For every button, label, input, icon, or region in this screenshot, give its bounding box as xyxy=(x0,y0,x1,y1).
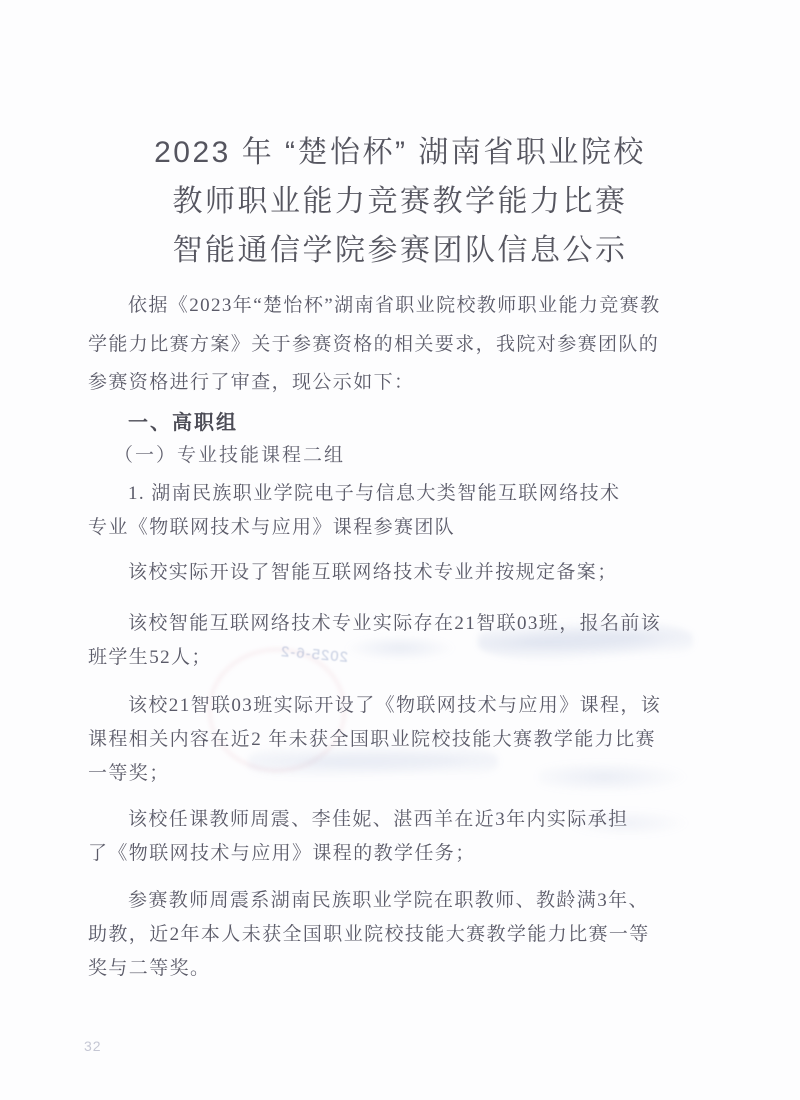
finding-line: 助教，近2年本人未获全国职业院校技能大赛教学能力比赛一等 xyxy=(88,918,694,952)
finding-line: 奖与二等奖。 xyxy=(88,952,694,986)
finding-line: 该校智能互联网络技术专业实际存在21智联03班，报名前该 xyxy=(88,607,694,641)
team-line: 专业《物联网技术与应用》课程参赛团队 xyxy=(88,511,694,545)
team-line: 1. 湖南民族职业学院电子与信息大类智能互联网络技术 xyxy=(88,477,694,511)
finding-paragraph-1: 该校实际开设了智能互联网络技术专业并按规定备案； xyxy=(88,556,694,590)
finding-line: 一等奖； xyxy=(88,757,694,791)
finding-line: 该校任课教师周震、李佳妮、湛西羊在近3年内实际承担 xyxy=(88,803,694,837)
finding-paragraph-4: 该校任课教师周震、李佳妮、湛西羊在近3年内实际承担 了《物联网技术与应用》课程的… xyxy=(88,803,694,871)
finding-line: 课程相关内容在近2 年未获全国职业院校技能大赛教学能力比赛 xyxy=(88,723,694,757)
title-line-1: 2023 年 “楚怡杯” 湖南省职业院校 xyxy=(0,128,800,177)
intro-line: 参赛资格进行了审查，现公示如下： xyxy=(88,364,694,403)
section-heading: 一、高职组 xyxy=(88,406,694,440)
finding-line: 该校实际开设了智能互联网络技术专业并按规定备案； xyxy=(88,556,694,590)
title-line-2: 教师职业能力竞赛教学能力比赛 xyxy=(0,177,800,226)
scanned-document-page: 2025-6-2 2023 年 “楚怡杯” 湖南省职业院校 教师职业能力竞赛教学… xyxy=(0,0,800,1100)
finding-line: 班学生52人； xyxy=(88,641,694,675)
document-title: 2023 年 “楚怡杯” 湖南省职业院校 教师职业能力竞赛教学能力比赛 智能通信… xyxy=(0,128,800,275)
finding-paragraph-3: 该校21智联03班实际开设了《物联网技术与应用》课程，该 课程相关内容在近2 年… xyxy=(88,689,694,791)
finding-line: 了《物联网技术与应用》课程的教学任务； xyxy=(88,837,694,871)
finding-line: 参赛教师周震系湖南民族职业学院在职教师、教龄满3年、 xyxy=(88,884,694,918)
team-paragraph: 1. 湖南民族职业学院电子与信息大类智能互联网络技术 专业《物联网技术与应用》课… xyxy=(88,477,694,545)
finding-paragraph-5: 参赛教师周震系湖南民族职业学院在职教师、教龄满3年、 助教，近2年本人未获全国职… xyxy=(88,884,694,986)
intro-line: 依据《2023年“楚怡杯”湖南省职业院校教师职业能力竞赛教 xyxy=(88,287,694,326)
intro-paragraph: 依据《2023年“楚怡杯”湖南省职业院校教师职业能力竞赛教 学能力比赛方案》关于… xyxy=(88,287,694,403)
finding-paragraph-2: 该校智能互联网络技术专业实际存在21智联03班，报名前该 班学生52人； xyxy=(88,607,694,675)
section-heading-group: 一、高职组 xyxy=(88,406,694,440)
finding-line: 该校21智联03班实际开设了《物联网技术与应用》课程，该 xyxy=(88,689,694,723)
page-number: 32 xyxy=(84,1038,102,1054)
subsection-heading: （一）专业技能课程二组 xyxy=(88,439,694,473)
intro-line: 学能力比赛方案》关于参赛资格的相关要求，我院对参赛团队的 xyxy=(88,326,694,365)
title-line-3: 智能通信学院参赛团队信息公示 xyxy=(0,226,800,275)
subsection-heading-group: （一）专业技能课程二组 xyxy=(88,439,694,473)
